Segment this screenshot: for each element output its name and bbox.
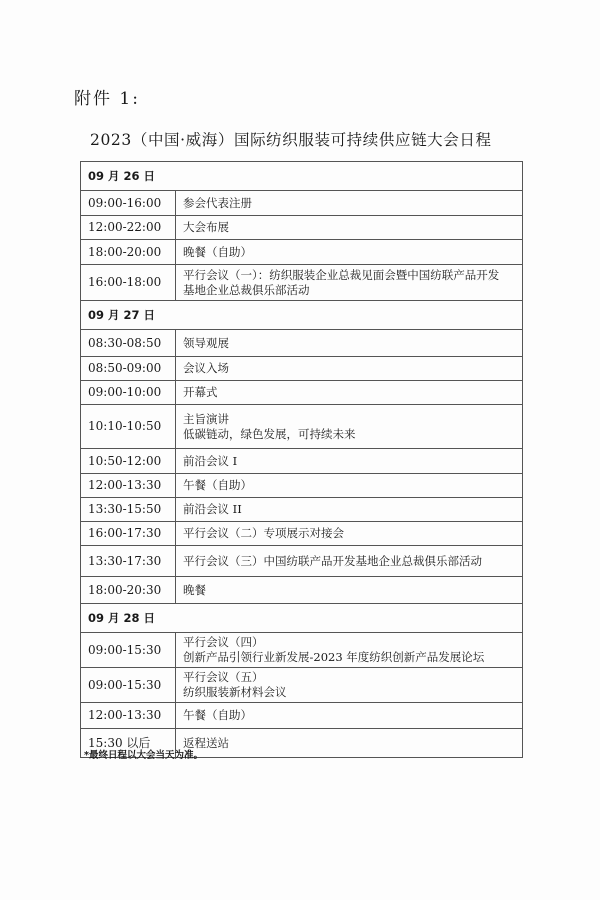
document-title: 2023（中国·威海）国际纺织服装可持续供应链大会日程 (90, 128, 492, 150)
activity-cell: 平行会议（三）中国纺联产品开发基地企业总裁俱乐部活动 (176, 546, 523, 577)
time-cell: 12:00-13:30 (81, 703, 176, 729)
time-cell: 09:00-15:30 (81, 668, 176, 703)
schedule-row: 12:00-13:30午餐（自助） (81, 703, 523, 729)
schedule-row: 08:30-08:50领导观展 (81, 330, 523, 357)
activity-text: 开幕式 (183, 385, 515, 400)
activity-text: 参会代表注册 (183, 196, 515, 211)
attachment-label: 附件 1: (74, 84, 140, 109)
activity-cell: 晚餐（自助） (176, 240, 523, 265)
activity-cell: 前沿会议 I (176, 449, 523, 474)
activity-text: 主旨演讲 (183, 412, 515, 427)
time-cell: 10:50-12:00 (81, 449, 176, 474)
schedule-row: 16:00-18:00平行会议（一）：纺织服装企业总裁见面会暨中国纺联产品开发基… (81, 265, 523, 301)
activity-cell: 晚餐 (176, 577, 523, 604)
activity-cell: 参会代表注册 (176, 191, 523, 216)
activity-text: 领导观展 (183, 336, 515, 351)
time-cell: 12:00-13:30 (81, 474, 176, 498)
schedule-row: 10:50-12:00前沿会议 I (81, 449, 523, 474)
schedule-row: 08:50-09:00会议入场 (81, 357, 523, 381)
activity-cell: 开幕式 (176, 381, 523, 405)
time-cell: 09:00-10:00 (81, 381, 176, 405)
schedule-row: 18:00-20:30晚餐 (81, 577, 523, 604)
time-cell: 18:00-20:30 (81, 577, 176, 604)
activity-text: 平行会议（二）专项展示对接会 (183, 526, 515, 541)
activity-cell: 午餐（自助） (176, 474, 523, 498)
date-row: 09 月 26 日 (81, 162, 523, 191)
activity-text: 平行会议（四） (183, 635, 515, 650)
activity-text: 纺织服装新材料会议 (183, 685, 515, 700)
activity-text: 午餐（自助） (183, 478, 515, 493)
schedule-table: 09 月 26 日09:00-16:00参会代表注册12:00-22:00大会布… (80, 161, 523, 758)
activity-cell: 平行会议（二）专项展示对接会 (176, 522, 523, 546)
schedule-row: 12:00-13:30午餐（自助） (81, 474, 523, 498)
activity-text: 前沿会议 I (183, 454, 515, 469)
schedule-row: 09:00-10:00开幕式 (81, 381, 523, 405)
schedule-row: 13:30-17:30平行会议（三）中国纺联产品开发基地企业总裁俱乐部活动 (81, 546, 523, 577)
activity-cell: 会议入场 (176, 357, 523, 381)
activity-text: 平行会议（一）：纺织服装企业总裁见面会暨中国纺联产品开发 (183, 268, 515, 283)
activity-cell: 主旨演讲低碳链动，绿色发展，可持续未来 (176, 405, 523, 449)
time-cell: 13:30-15:50 (81, 498, 176, 522)
time-cell: 12:00-22:00 (81, 216, 176, 240)
date-header: 09 月 28 日 (81, 604, 523, 633)
activity-text: 大会布展 (183, 220, 515, 235)
schedule-row: 18:00-20:00晚餐（自助） (81, 240, 523, 265)
activity-text: 平行会议（三）中国纺联产品开发基地企业总裁俱乐部活动 (183, 554, 515, 569)
time-cell: 18:00-20:00 (81, 240, 176, 265)
schedule-row: 16:00-17:30平行会议（二）专项展示对接会 (81, 522, 523, 546)
time-cell: 10:10-10:50 (81, 405, 176, 449)
date-header: 09 月 26 日 (81, 162, 523, 191)
time-cell: 13:30-17:30 (81, 546, 176, 577)
schedule-row: 12:00-22:00大会布展 (81, 216, 523, 240)
activity-cell: 大会布展 (176, 216, 523, 240)
activity-text: 基地企业总裁俱乐部活动 (183, 283, 515, 298)
activity-text: 会议入场 (183, 361, 515, 376)
time-cell: 09:00-15:30 (81, 633, 176, 668)
activity-text: 低碳链动，绿色发展，可持续未来 (183, 427, 515, 442)
activity-cell: 平行会议（一）：纺织服装企业总裁见面会暨中国纺联产品开发基地企业总裁俱乐部活动 (176, 265, 523, 301)
schedule-row: 13:30-15:50前沿会议 II (81, 498, 523, 522)
date-row: 09 月 28 日 (81, 604, 523, 633)
schedule-row: 10:10-10:50主旨演讲低碳链动，绿色发展，可持续未来 (81, 405, 523, 449)
time-cell: 08:30-08:50 (81, 330, 176, 357)
activity-cell: 平行会议（五）纺织服装新材料会议 (176, 668, 523, 703)
schedule-row: 09:00-15:30平行会议（五）纺织服装新材料会议 (81, 668, 523, 703)
activity-cell: 前沿会议 II (176, 498, 523, 522)
time-cell: 09:00-16:00 (81, 191, 176, 216)
activity-cell: 领导观展 (176, 330, 523, 357)
date-header: 09 月 27 日 (81, 301, 523, 330)
time-cell: 16:00-18:00 (81, 265, 176, 301)
activity-text: 前沿会议 II (183, 502, 515, 517)
schedule-row: 09:00-15:30平行会议（四）创新产品引领行业新发展-2023 年度纺织创… (81, 633, 523, 668)
activity-cell: 平行会议（四）创新产品引领行业新发展-2023 年度纺织创新产品发展论坛 (176, 633, 523, 668)
activity-cell: 午餐（自助） (176, 703, 523, 729)
activity-text: 晚餐 (183, 583, 515, 598)
time-cell: 08:50-09:00 (81, 357, 176, 381)
activity-text: 午餐（自助） (183, 708, 515, 723)
activity-text: 晚餐（自助） (183, 245, 515, 260)
activity-text: 返程送站 (183, 736, 515, 751)
date-row: 09 月 27 日 (81, 301, 523, 330)
footnote: *最终日程以大会当天为准。 (84, 747, 203, 761)
activity-text: 创新产品引领行业新发展-2023 年度纺织创新产品发展论坛 (183, 650, 515, 665)
time-cell: 16:00-17:30 (81, 522, 176, 546)
activity-cell: 返程送站 (176, 729, 523, 758)
activity-text: 平行会议（五） (183, 670, 515, 685)
schedule-row: 09:00-16:00参会代表注册 (81, 191, 523, 216)
